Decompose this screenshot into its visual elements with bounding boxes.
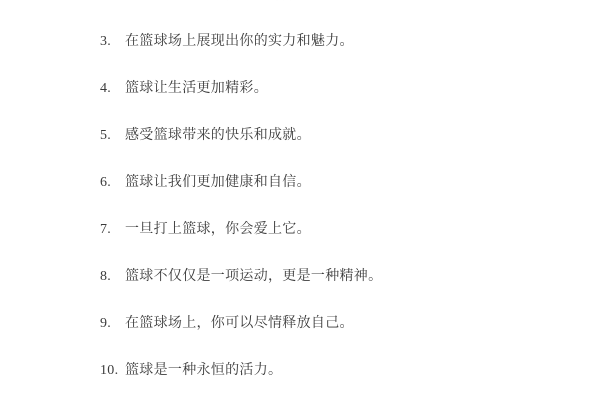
list-item: 7.一旦打上篮球，你会爱上它。 bbox=[0, 220, 600, 267]
list-item: 8.篮球不仅仅是一项运动，更是一种精神。 bbox=[0, 267, 600, 314]
item-number: 8. bbox=[100, 267, 125, 287]
list-item: 5.感受篮球带来的快乐和成就。 bbox=[0, 126, 600, 173]
item-text: 篮球不仅仅是一项运动，更是一种精神。 bbox=[125, 267, 382, 287]
item-text: 感受篮球带来的快乐和成就。 bbox=[125, 126, 311, 146]
item-text: 让篮球成为你生活的一部分。 bbox=[125, 0, 311, 5]
item-text: 在篮球场上展现出你的实力和魅力。 bbox=[125, 32, 354, 52]
list-item: 6.篮球让我们更加健康和自信。 bbox=[0, 173, 600, 220]
document-page: 2.让篮球成为你生活的一部分。3.在篮球场上展现出你的实力和魅力。4.篮球让生活… bbox=[0, 0, 600, 400]
item-number: 2. bbox=[100, 0, 125, 5]
item-number: 7. bbox=[100, 220, 125, 240]
item-text: 在篮球场上，你可以尽情释放自己。 bbox=[125, 314, 354, 334]
item-number: 9. bbox=[100, 314, 125, 334]
item-number: 6. bbox=[100, 173, 125, 193]
list-item: 3.在篮球场上展现出你的实力和魅力。 bbox=[0, 32, 600, 79]
item-text: 篮球让生活更加精彩。 bbox=[125, 79, 268, 99]
item-number: 10. bbox=[100, 361, 125, 381]
list-item: 10.篮球是一种永恒的活力。 bbox=[0, 361, 600, 400]
item-number: 4. bbox=[100, 79, 125, 99]
item-text: 篮球是一种永恒的活力。 bbox=[125, 361, 282, 381]
numbered-list: 2.让篮球成为你生活的一部分。3.在篮球场上展现出你的实力和魅力。4.篮球让生活… bbox=[0, 0, 600, 400]
item-number: 5. bbox=[100, 126, 125, 146]
list-item: 2.让篮球成为你生活的一部分。 bbox=[0, 0, 600, 32]
list-item: 9.在篮球场上，你可以尽情释放自己。 bbox=[0, 314, 600, 361]
list-item: 4.篮球让生活更加精彩。 bbox=[0, 79, 600, 126]
item-text: 篮球让我们更加健康和自信。 bbox=[125, 173, 311, 193]
item-text: 一旦打上篮球，你会爱上它。 bbox=[125, 220, 311, 240]
item-number: 3. bbox=[100, 32, 125, 52]
